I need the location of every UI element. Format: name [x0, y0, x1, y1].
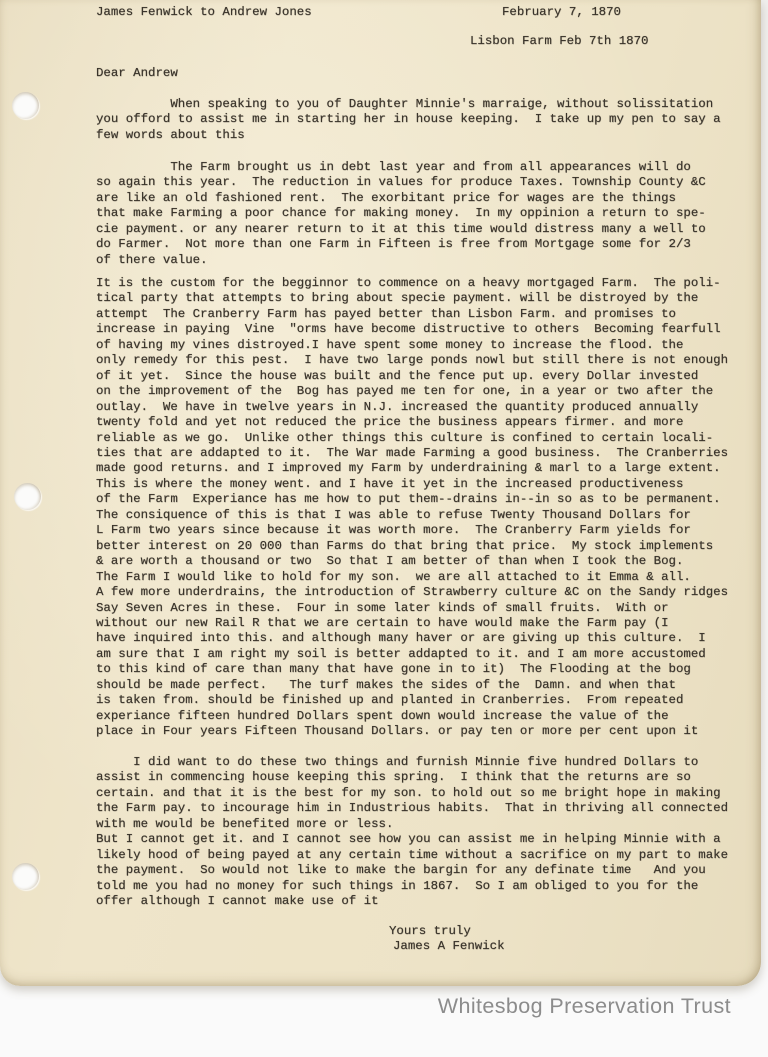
punch-hole-bottom: [12, 863, 39, 890]
letter-paragraph-2: The Farm brought us in debt last year an…: [96, 160, 706, 268]
letter-salutation: Dear Andrew: [96, 66, 178, 81]
scanned-letter-page: James Fenwick to Andrew Jones February 7…: [0, 0, 768, 1057]
letter-signature: James A Fenwick: [393, 939, 505, 954]
letter-header-date: February 7, 1870: [502, 5, 621, 20]
letter-paragraph-4: I did want to do these two things and fu…: [96, 755, 728, 910]
punch-hole-middle: [14, 483, 41, 510]
letter-header-parties: James Fenwick to Andrew Jones: [96, 5, 312, 20]
letter-paragraph-3: It is the custom for the begginnor to co…: [96, 276, 728, 740]
letter-valediction: Yours truly: [389, 924, 471, 939]
letter-paper: James Fenwick to Andrew Jones February 7…: [0, 0, 761, 986]
letter-dateline: Lisbon Farm Feb 7th 1870: [470, 34, 648, 49]
watermark-whitesbog-preservation-trust: Whitesbog Preservation Trust: [438, 994, 731, 1019]
punch-hole-top: [12, 92, 39, 119]
letter-paragraph-1: When speaking to you of Daughter Minnie'…: [96, 97, 721, 143]
